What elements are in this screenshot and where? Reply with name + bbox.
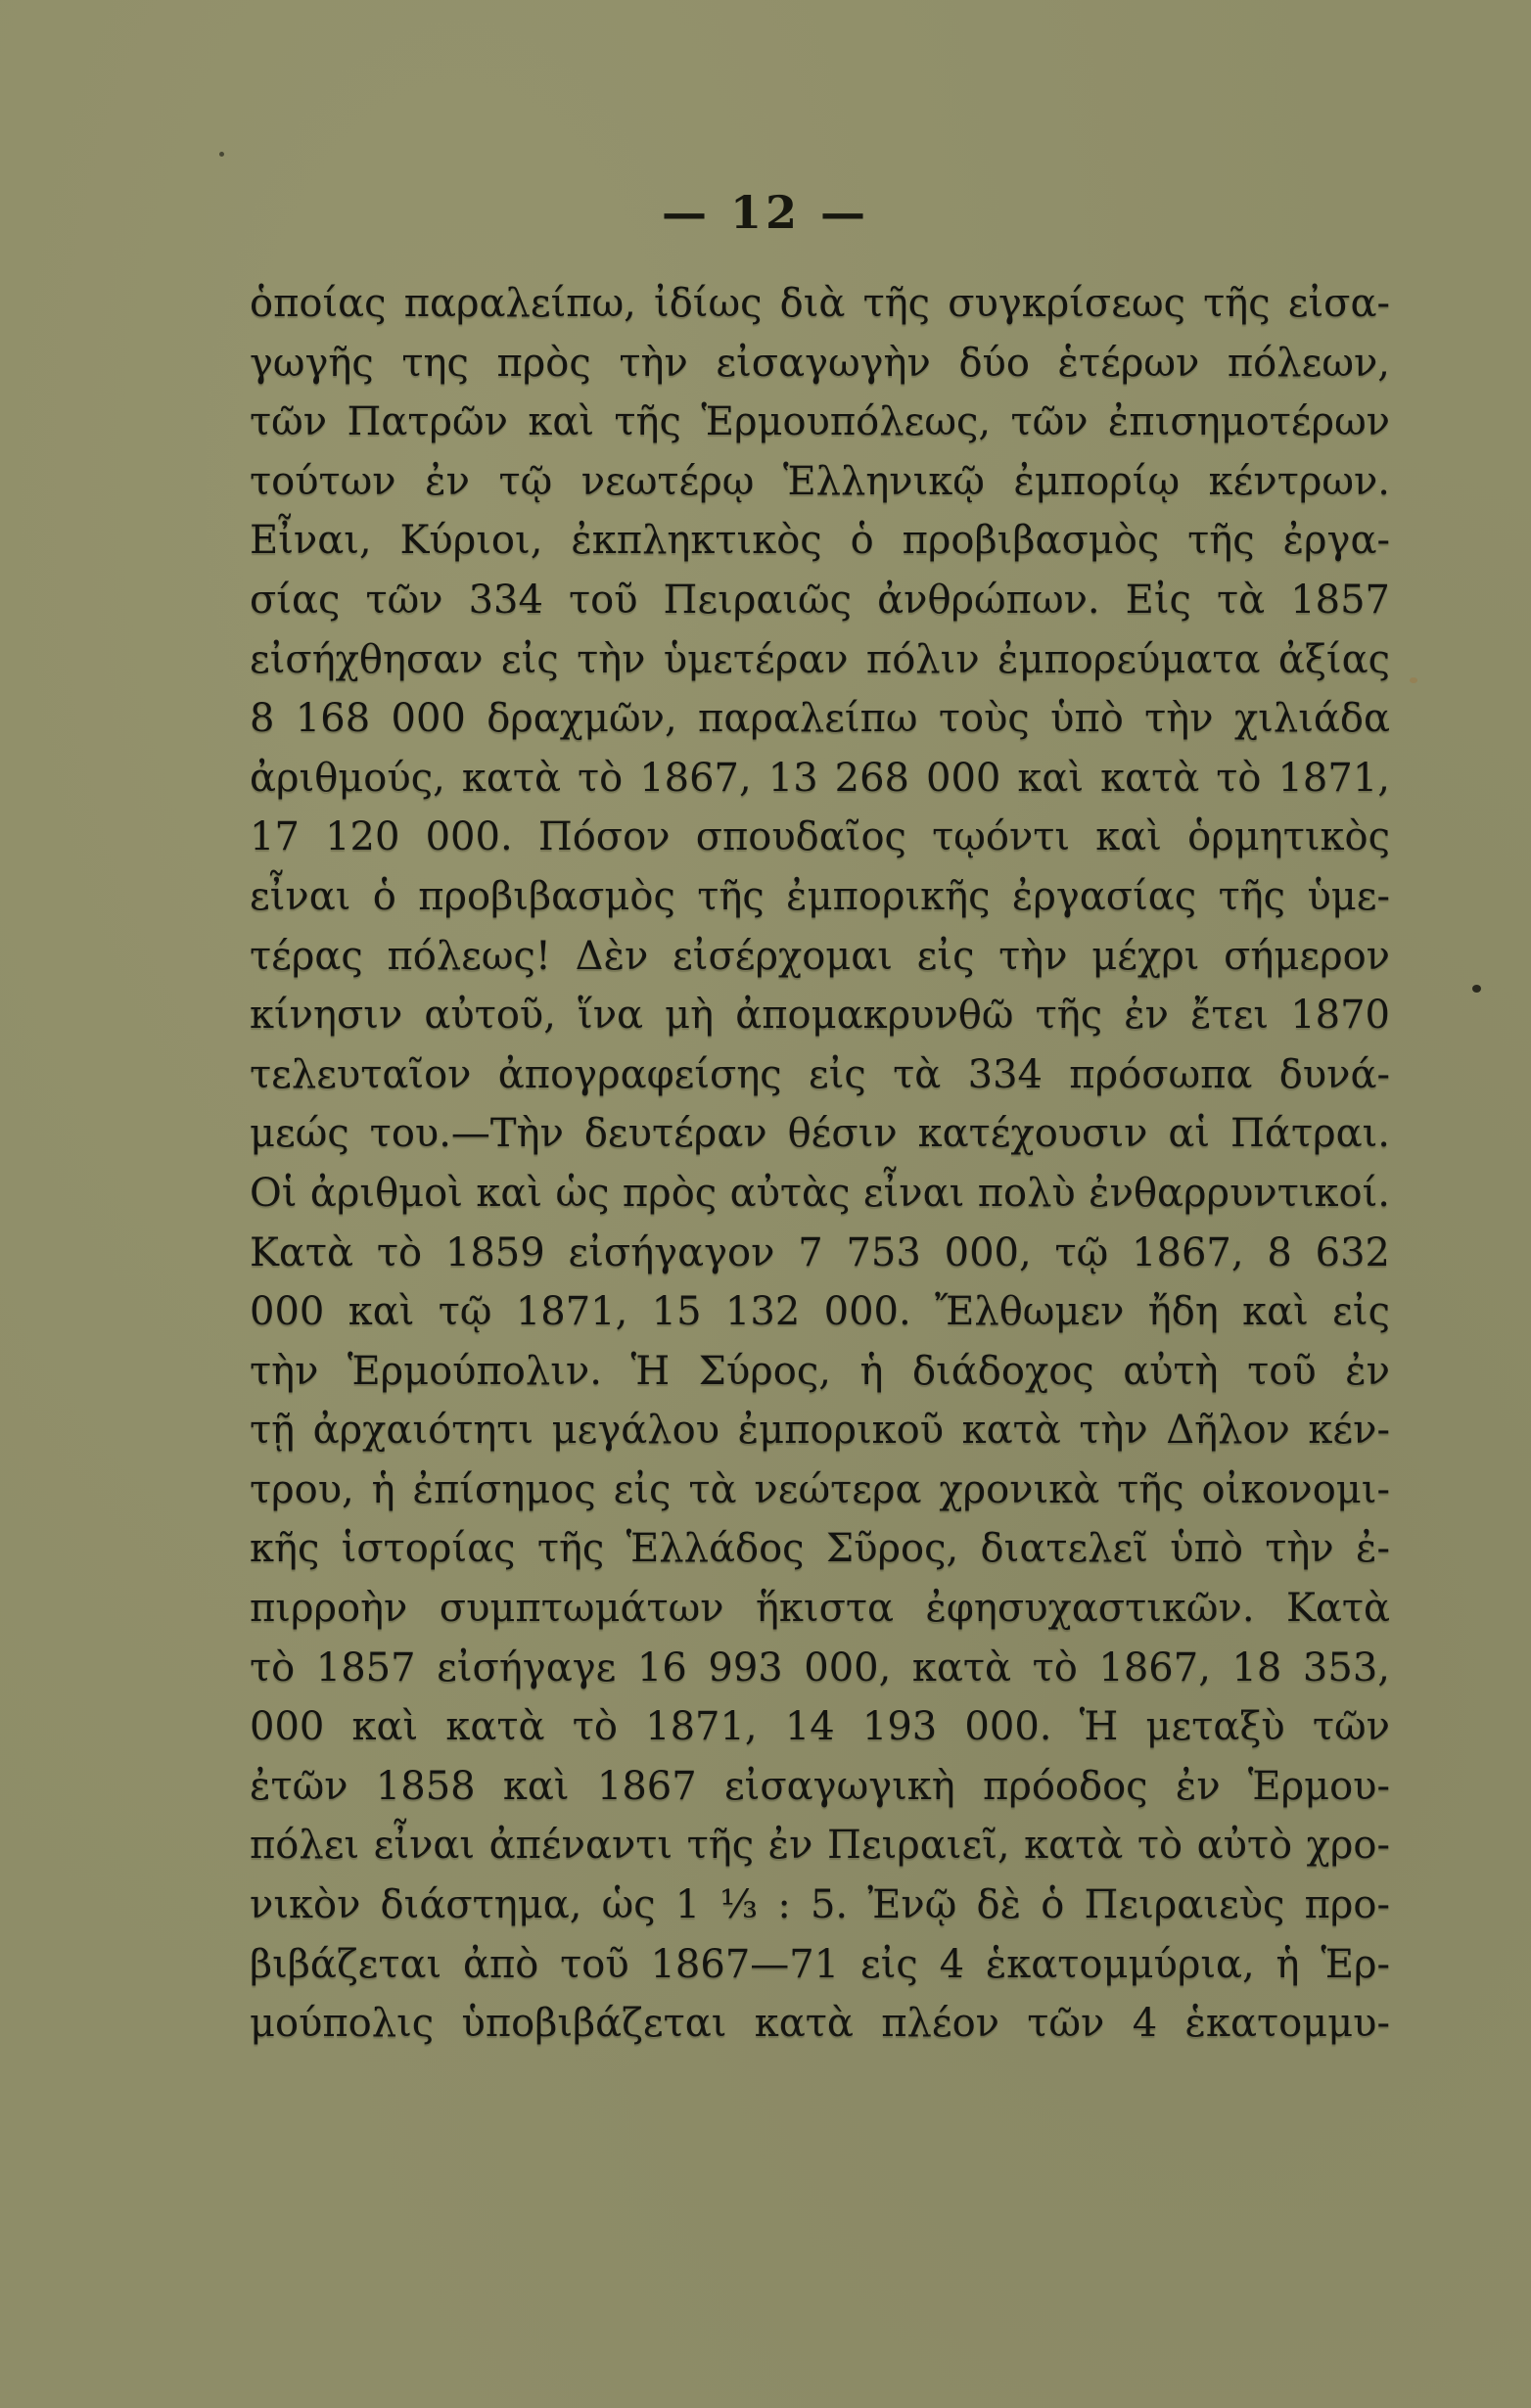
text-line: βιβάζεται ἀπὸ τοῦ 1867—71 εἰς 4 ἑκατομμύ… bbox=[250, 1935, 1390, 1995]
text-line: γωγῆς της πρὸς τὴν εἰσαγωγὴν δύο ἑτέρων … bbox=[250, 334, 1390, 394]
text-line: τὸ 1857 εἰσήγαγε 16 993 000, κατὰ τὸ 186… bbox=[250, 1639, 1390, 1698]
text-line: μούπολις ὑποβιβάζεται κατὰ πλέον τῶν 4 ἑ… bbox=[250, 1994, 1390, 2054]
text-line: 000 καὶ τῷ 1871, 15 132 000. Ἔλθωμεν ἤδη… bbox=[250, 1282, 1390, 1342]
text-line: μεώς του.—Τὴν δευτέραν θέσιν κατέχουσιν … bbox=[250, 1104, 1390, 1164]
text-line: τὴν Ἑρμούπολιν. Ἡ Σύρος, ἡ διάδοχος αὐτὴ… bbox=[250, 1342, 1390, 1402]
text-line: Κατὰ τὸ 1859 εἰσήγαγον 7 753 000, τῷ 186… bbox=[250, 1224, 1390, 1283]
text-line: κῆς ἱστορίας τῆς Ἑλλάδος Σῦρος, διατελεῖ… bbox=[250, 1519, 1390, 1579]
text-line: πόλει εἶναι ἀπέναντι τῆς ἐν Πειραιεῖ, κα… bbox=[250, 1816, 1390, 1875]
text-line: 8 168 000 δραχμῶν, παραλείπω τοὺς ὑπὸ τὴ… bbox=[250, 689, 1390, 749]
text-line: κίνησιν αὐτοῦ, ἵνα μὴ ἀπομακρυνθῶ τῆς ἐν… bbox=[250, 986, 1390, 1045]
text-line: νικὸν διάστημα, ὡς 1 ⅓ : 5. Ἐνῷ δὲ ὁ Πει… bbox=[250, 1875, 1390, 1935]
text-line: τρου, ἡ ἐπίσημος εἰς τὰ νεώτερα χρονικὰ … bbox=[250, 1460, 1390, 1520]
text-line: τῶν Πατρῶν καὶ τῆς Ἑρμουπόλεως, τῶν ἐπισ… bbox=[250, 393, 1390, 452]
text-line: εἶναι ὁ προβιβασμὸς τῆς ἐμπορικῆς ἐργασί… bbox=[250, 867, 1390, 927]
page-number: — 12 — bbox=[0, 186, 1531, 239]
text-line: τούτων ἐν τῷ νεωτέρῳ Ἑλληνικῷ ἐμπορίῳ κέ… bbox=[250, 452, 1390, 512]
text-line: εἰσήχθησαν εἰς τὴν ὑμετέραν πόλιν ἐμπορε… bbox=[250, 630, 1390, 690]
text-line: Εἶναι, Κύριοι, ἐκπληκτικὸς ὁ προβιβασμὸς… bbox=[250, 511, 1390, 571]
scanned-book-page: — 12 — ὁποίας παραλείπω, ἰδίως διὰ τῆς σ… bbox=[0, 0, 1531, 2408]
body-text: ὁποίας παραλείπω, ἰδίως διὰ τῆς συγκρίσε… bbox=[250, 274, 1390, 2054]
text-line: ἐτῶν 1858 καὶ 1867 εἰσαγωγικὴ πρόοδος ἐν… bbox=[250, 1757, 1390, 1817]
text-line: 000 καὶ κατὰ τὸ 1871, 14 193 000. Ἡ μετα… bbox=[250, 1697, 1390, 1757]
text-line: πιρροὴν συμπτωμάτων ἥκιστα ἐφησυχαστικῶν… bbox=[250, 1579, 1390, 1639]
text-line: σίας τῶν 334 τοῦ Πειραιῶς ἀνθρώπων. Εἰς … bbox=[250, 571, 1390, 630]
paper-speck bbox=[219, 152, 224, 157]
text-line: 17 120 000. Πόσον σπουδαῖος τῳόντι καὶ ὁ… bbox=[250, 808, 1390, 867]
text-line: ἀριθμούς, κατὰ τὸ 1867, 13 268 000 καὶ κ… bbox=[250, 749, 1390, 809]
text-line: ὁποίας παραλείπω, ἰδίως διὰ τῆς συγκρίσε… bbox=[250, 274, 1390, 334]
text-line: τέρας πόλεως! Δὲν εἰσέρχομαι εἰς τὴν μέχ… bbox=[250, 927, 1390, 987]
text-line: Οἱ ἀριθμοὶ καὶ ὡς πρὸς αὐτὰς εἶναι πολὺ … bbox=[250, 1164, 1390, 1224]
paper-speck bbox=[1472, 985, 1481, 993]
text-line: τελευταῖον ἀπογραφείσης εἰς τὰ 334 πρόσω… bbox=[250, 1045, 1390, 1105]
paper-speck bbox=[1410, 677, 1417, 683]
text-line: τῇ ἀρχαιότητι μεγάλου ἐμπορικοῦ κατὰ τὴν… bbox=[250, 1401, 1390, 1460]
